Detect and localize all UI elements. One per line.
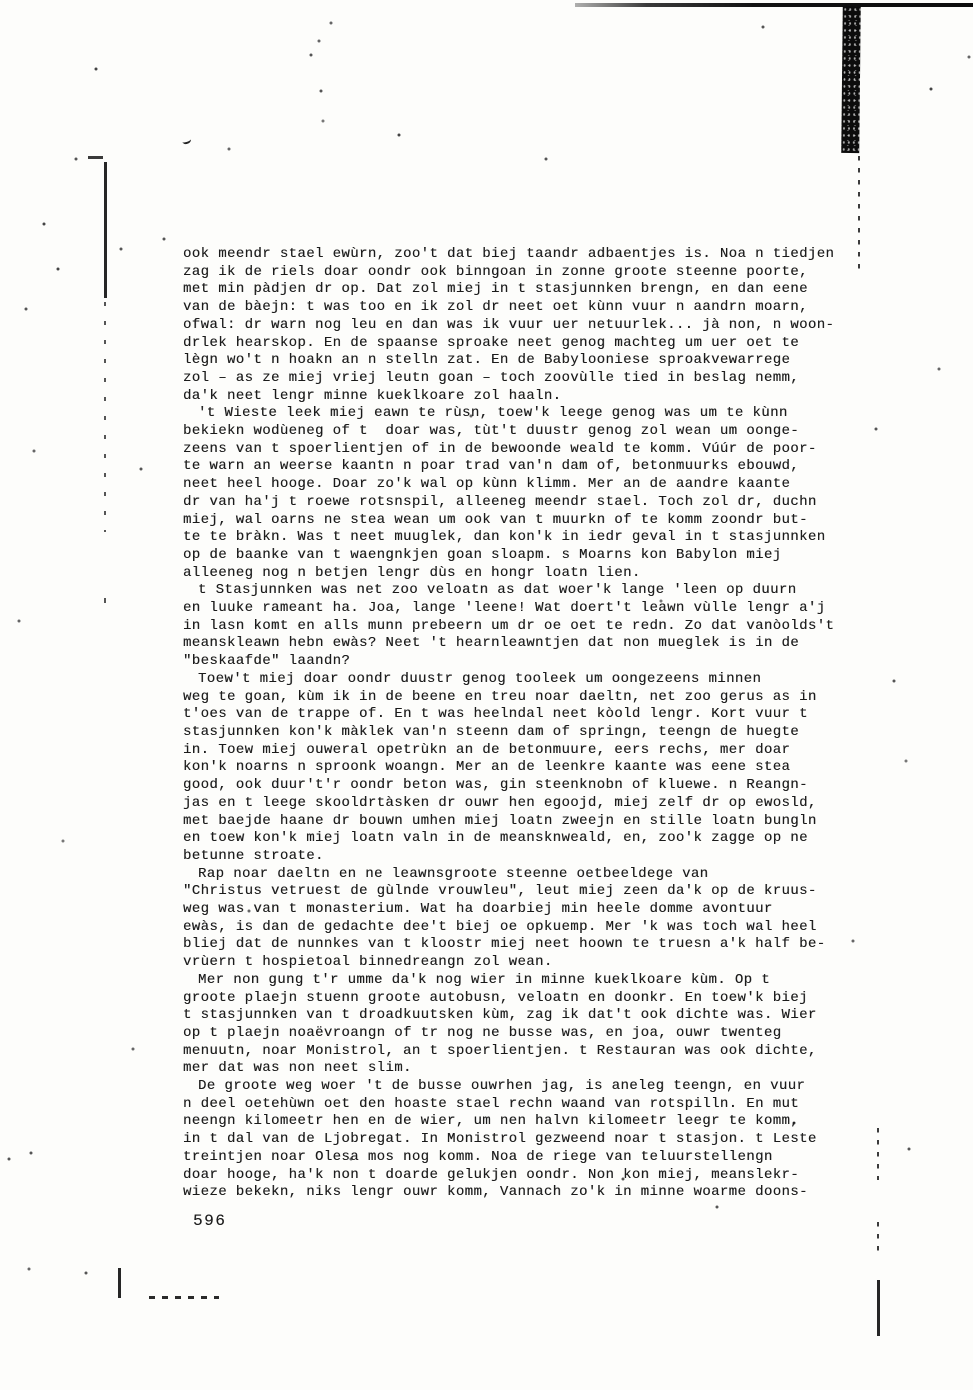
text-line: zeens van t spoerlientjen of in de bewoo… [183, 441, 873, 459]
text-line: en luuke rameant ha. Joa, lange 'leene! … [183, 600, 873, 618]
page-number: 596 [193, 1212, 226, 1230]
text-line: te te bràkn. Was t neet muuglek, dan kon… [183, 529, 873, 547]
text-line: ofwal: dr warn nog leu en dan was ik vuu… [183, 317, 873, 335]
text-line: menuutn, noar Monistrol, an t spoerlient… [183, 1043, 873, 1061]
text-line: te warn an weerse kaantn n poar trad van… [183, 458, 873, 476]
text-line: wieze bekekn, niks lengr ouwr komm, Vann… [183, 1184, 873, 1202]
scan-curl-mark [181, 136, 192, 145]
scan-top-edge-line [575, 3, 973, 7]
scanned-page: ook meendr stael ewùrn, zoo't dat biej t… [0, 0, 973, 1390]
text-line: in lasn komt en alls munn prebeern um dr… [183, 618, 873, 636]
text-line: vrùern t hospietoal binnedreangn zol wea… [183, 954, 873, 972]
text-line: weg te goan, kùm ik in de beene en treu … [183, 689, 873, 707]
scan-right-edge-line [877, 1280, 880, 1336]
text-line: jas en t leege skooldrtàsken dr ouwr hen… [183, 795, 873, 813]
text-line: kon'k noarns n sproonk woangn. Mer an de… [183, 759, 873, 777]
text-line: ook meendr stael ewùrn, zoo't dat biej t… [183, 246, 873, 264]
scan-left-dashed-edge [104, 302, 106, 532]
text-line: meanskleawn hebn ewàs? Neet 't hearnleaw… [183, 635, 873, 653]
text-line: in t dal van de Ljobregat. In Monistrol … [183, 1131, 873, 1149]
text-line: bekiekn wodùeneg of t doar was, tùt't du… [183, 423, 873, 441]
body-text: ook meendr stael ewùrn, zoo't dat biej t… [183, 246, 873, 1202]
text-line: Rap noar daeltn en ne leawnsgroote steen… [183, 866, 873, 884]
text-line: zol – as ze miej vriej leutn goan – toch… [183, 370, 873, 388]
text-line: in. Toew miej ouweral opetrùkn an de bet… [183, 742, 873, 760]
text-line: betunne stroate. [183, 848, 873, 866]
text-line: drlek hearskop. En de spaanse sproake ne… [183, 335, 873, 353]
text-line: 't Wieste leek miej eawn te rùsn, toew'k… [183, 405, 873, 423]
text-line: dr van ha'j t roewe rotsnspil, alleeneg … [183, 494, 873, 512]
text-line: t Stasjunnken was net zoo veloatn as dat… [183, 582, 873, 600]
text-line: doar hooge, ha'k non t doarde gelukjen o… [183, 1167, 873, 1185]
text-line: n deel oetehùwn oet den hoaste stael rec… [183, 1096, 873, 1114]
text-line: mer dat was non neet slim. [183, 1060, 873, 1078]
scan-right-dashed-edge-low [877, 1222, 879, 1256]
text-line: op t plaejn noaëvroangn of tr nog ne bus… [183, 1025, 873, 1043]
scan-left-edge-line [104, 162, 107, 298]
scan-bottom-left-mark [118, 1268, 121, 1298]
text-line: neet heel hooge. Doar zo'k wal op kùnn k… [183, 476, 873, 494]
text-line: alleeneg nog n betjen lengr dùs en hongr… [183, 565, 873, 583]
text-line: t stasjunnken van t droadkuutsken kùm, z… [183, 1007, 873, 1025]
text-line: ewàs, is dan de gedachte dee't biej oe o… [183, 919, 873, 937]
text-line: da'k neet lengr minne kueklkoare zol haa… [183, 388, 873, 406]
text-line: Mer non gung t'r umme da'k nog wier in m… [183, 972, 873, 990]
text-line: miej, wal oarns ne stea wean um ook van … [183, 512, 873, 530]
scan-right-dashed-edge-mid [877, 1128, 879, 1180]
text-line: groote plaejn stuenn groote autobusn, ve… [183, 990, 873, 1008]
text-line: De groote weg woer 't de busse ouwrhen j… [183, 1078, 873, 1096]
text-line: t'oes van de trappe of. En t was heelnda… [183, 706, 873, 724]
scan-black-tab-mark [841, 6, 861, 153]
text-line: weg was van t monasterium. Wat ha doarbi… [183, 901, 873, 919]
text-line: "beskaafde" laandn? [183, 653, 873, 671]
scan-noise-specks [0, 0, 2, 2]
scan-left-tick [88, 156, 103, 159]
text-line: van de bàejn: t was too en ik zol dr nee… [183, 299, 873, 317]
scan-bottom-dashes [149, 1296, 219, 1299]
text-line: op de baanke van t waengnkjen goan sloap… [183, 547, 873, 565]
text-line: met baejde haane dr bouwn umhen miej loa… [183, 813, 873, 831]
text-line: lègn wo't n hoakn an n stelln zat. En de… [183, 352, 873, 370]
text-line: bliej dat de nunnkes van t kloostr miej … [183, 936, 873, 954]
text-line: Toew't miej doar oondr duustr genog tool… [183, 671, 873, 689]
text-line: treintjen noar Olesa mos nog komm. Noa d… [183, 1149, 873, 1167]
text-line: good, ook duur't'r oondr beton was, gin … [183, 777, 873, 795]
text-line: "Christus vetruest de gùlnde vrouwleu", … [183, 883, 873, 901]
text-line: zag ik de riels doar oondr ook binngoan … [183, 264, 873, 282]
text-line: en toew kon'k miej loatn valn in de mean… [183, 830, 873, 848]
text-line: stasjunnken kon'k màklek van'n steenn da… [183, 724, 873, 742]
text-line: neengn kilomeetr hen en de wier, um nen … [183, 1113, 873, 1131]
text-line: met min pàdjen dr op. Dat zol miej in t … [183, 281, 873, 299]
scan-left-edge-dot [104, 598, 106, 603]
